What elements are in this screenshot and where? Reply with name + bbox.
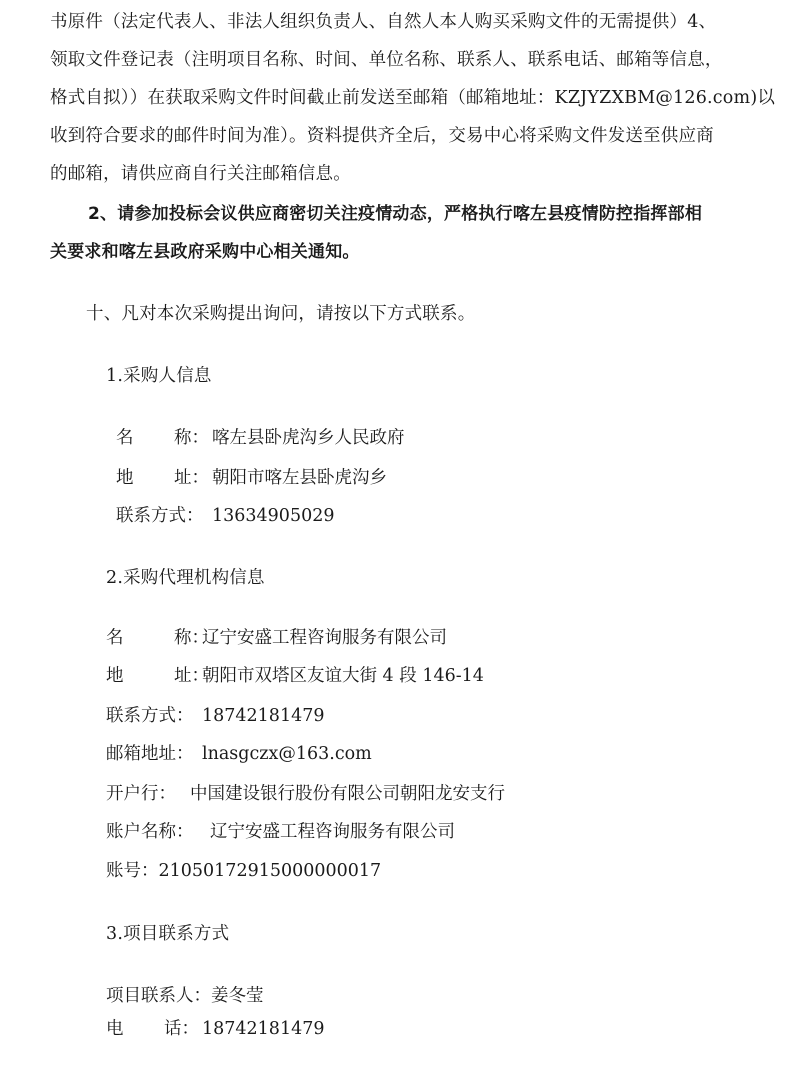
agency-name-value: 辽宁安盛工程咨询服务有限公司: [202, 628, 447, 648]
agency-contact-row: 联系方式：18742181479: [106, 702, 324, 727]
project-person-row: 项目联系人：姜冬莹: [106, 982, 264, 1007]
notice-line-2: 关要求和喀左县政府采购中心相关通知。: [50, 237, 360, 262]
paragraph-line-2: 领取文件登记表（注明项目名称、时间、单位名称、联系人、联系电话、邮箱等信息，: [50, 46, 723, 71]
section-ten-heading: 十、凡对本次采购提出询问，请按以下方式联系。: [86, 300, 475, 325]
agency-contact-label: 联系方式：: [106, 702, 202, 727]
paragraph-line-3: 格式自拟））在获取采购文件时间截止前发送至邮箱（邮箱地址：KZJYZXBM@12…: [50, 84, 775, 109]
agency-contact-value: 18742181479: [202, 706, 324, 726]
purchaser-contact-value: 13634905029: [212, 506, 334, 526]
agency-name-row: 名称：辽宁安盛工程咨询服务有限公司: [106, 624, 447, 649]
project-phone-label-1: 电: [106, 1015, 164, 1040]
paragraph-line-4: 收到符合要求的邮件时间为准）。资料提供齐全后，交易中心将采购文件发送至供应商: [50, 122, 714, 147]
purchaser-contact-label: 联系方式：: [116, 502, 212, 527]
purchaser-heading: 1.采购人信息: [106, 362, 212, 387]
agency-account-name-row: 账户名称：辽宁安盛工程咨询服务有限公司: [106, 818, 455, 843]
agency-account-no-value: 21050172915000000017: [159, 861, 382, 881]
agency-address-label-1: 地: [106, 662, 174, 687]
project-person-value: 姜冬莹: [211, 986, 264, 1006]
purchaser-name-label-2: 称：: [174, 428, 209, 448]
agency-account-no-label: 账号：: [106, 861, 159, 881]
purchaser-name-label-1: 名: [116, 424, 174, 449]
notice-line-1: 2、请参加投标会议供应商密切关注疫情动态，严格执行喀左县疫情防控指挥部相: [88, 199, 702, 224]
purchaser-address-value: 朝阳市喀左县卧虎沟乡: [212, 468, 387, 488]
agency-name-label-1: 名: [106, 624, 174, 649]
agency-account-no-row: 账号：21050172915000000017: [106, 857, 381, 882]
agency-email-value: lnasgczx@163.com: [202, 744, 372, 764]
paragraph-line-1: 书原件（法定代表人、非法人组织负责人、自然人本人购买采购文件的无需提供）4、: [50, 8, 716, 33]
agency-account-name-value: 辽宁安盛工程咨询服务有限公司: [210, 822, 455, 842]
agency-account-name-label: 账户名称：: [106, 818, 210, 843]
project-phone-value: 18742181479: [202, 1019, 324, 1039]
agency-address-row: 地址：朝阳市双塔区友谊大街 4 段 146-14: [106, 662, 484, 687]
project-contact-heading: 3.项目联系方式: [106, 920, 229, 945]
agency-email-row: 邮箱地址：lnasgczx@163.com: [106, 740, 372, 765]
purchaser-name-row: 名称：喀左县卧虎沟乡人民政府: [116, 424, 405, 449]
purchaser-name-value: 喀左县卧虎沟乡人民政府: [212, 428, 405, 448]
purchaser-address-label-1: 地: [116, 464, 174, 489]
paragraph-line-5: 的邮箱，请供应商自行关注邮箱信息。: [50, 160, 351, 185]
agency-email-label: 邮箱地址：: [106, 740, 202, 765]
project-person-label: 项目联系人：: [106, 986, 211, 1006]
agency-bank-value: 中国建设银行股份有限公司朝阳龙安支行: [190, 784, 505, 804]
purchaser-address-label-2: 址：: [174, 468, 209, 488]
purchaser-contact-row: 联系方式：13634905029: [116, 502, 334, 527]
agency-bank-label: 开户行：: [106, 780, 190, 805]
agency-heading: 2.采购代理机构信息: [106, 564, 265, 589]
project-phone-row: 电话：18742181479: [106, 1015, 324, 1040]
project-phone-label-2: 话：: [164, 1019, 199, 1039]
purchaser-address-row: 地址：朝阳市喀左县卧虎沟乡: [116, 464, 387, 489]
agency-bank-row: 开户行：中国建设银行股份有限公司朝阳龙安支行: [106, 780, 505, 805]
agency-address-value: 朝阳市双塔区友谊大街 4 段 146-14: [202, 666, 484, 686]
